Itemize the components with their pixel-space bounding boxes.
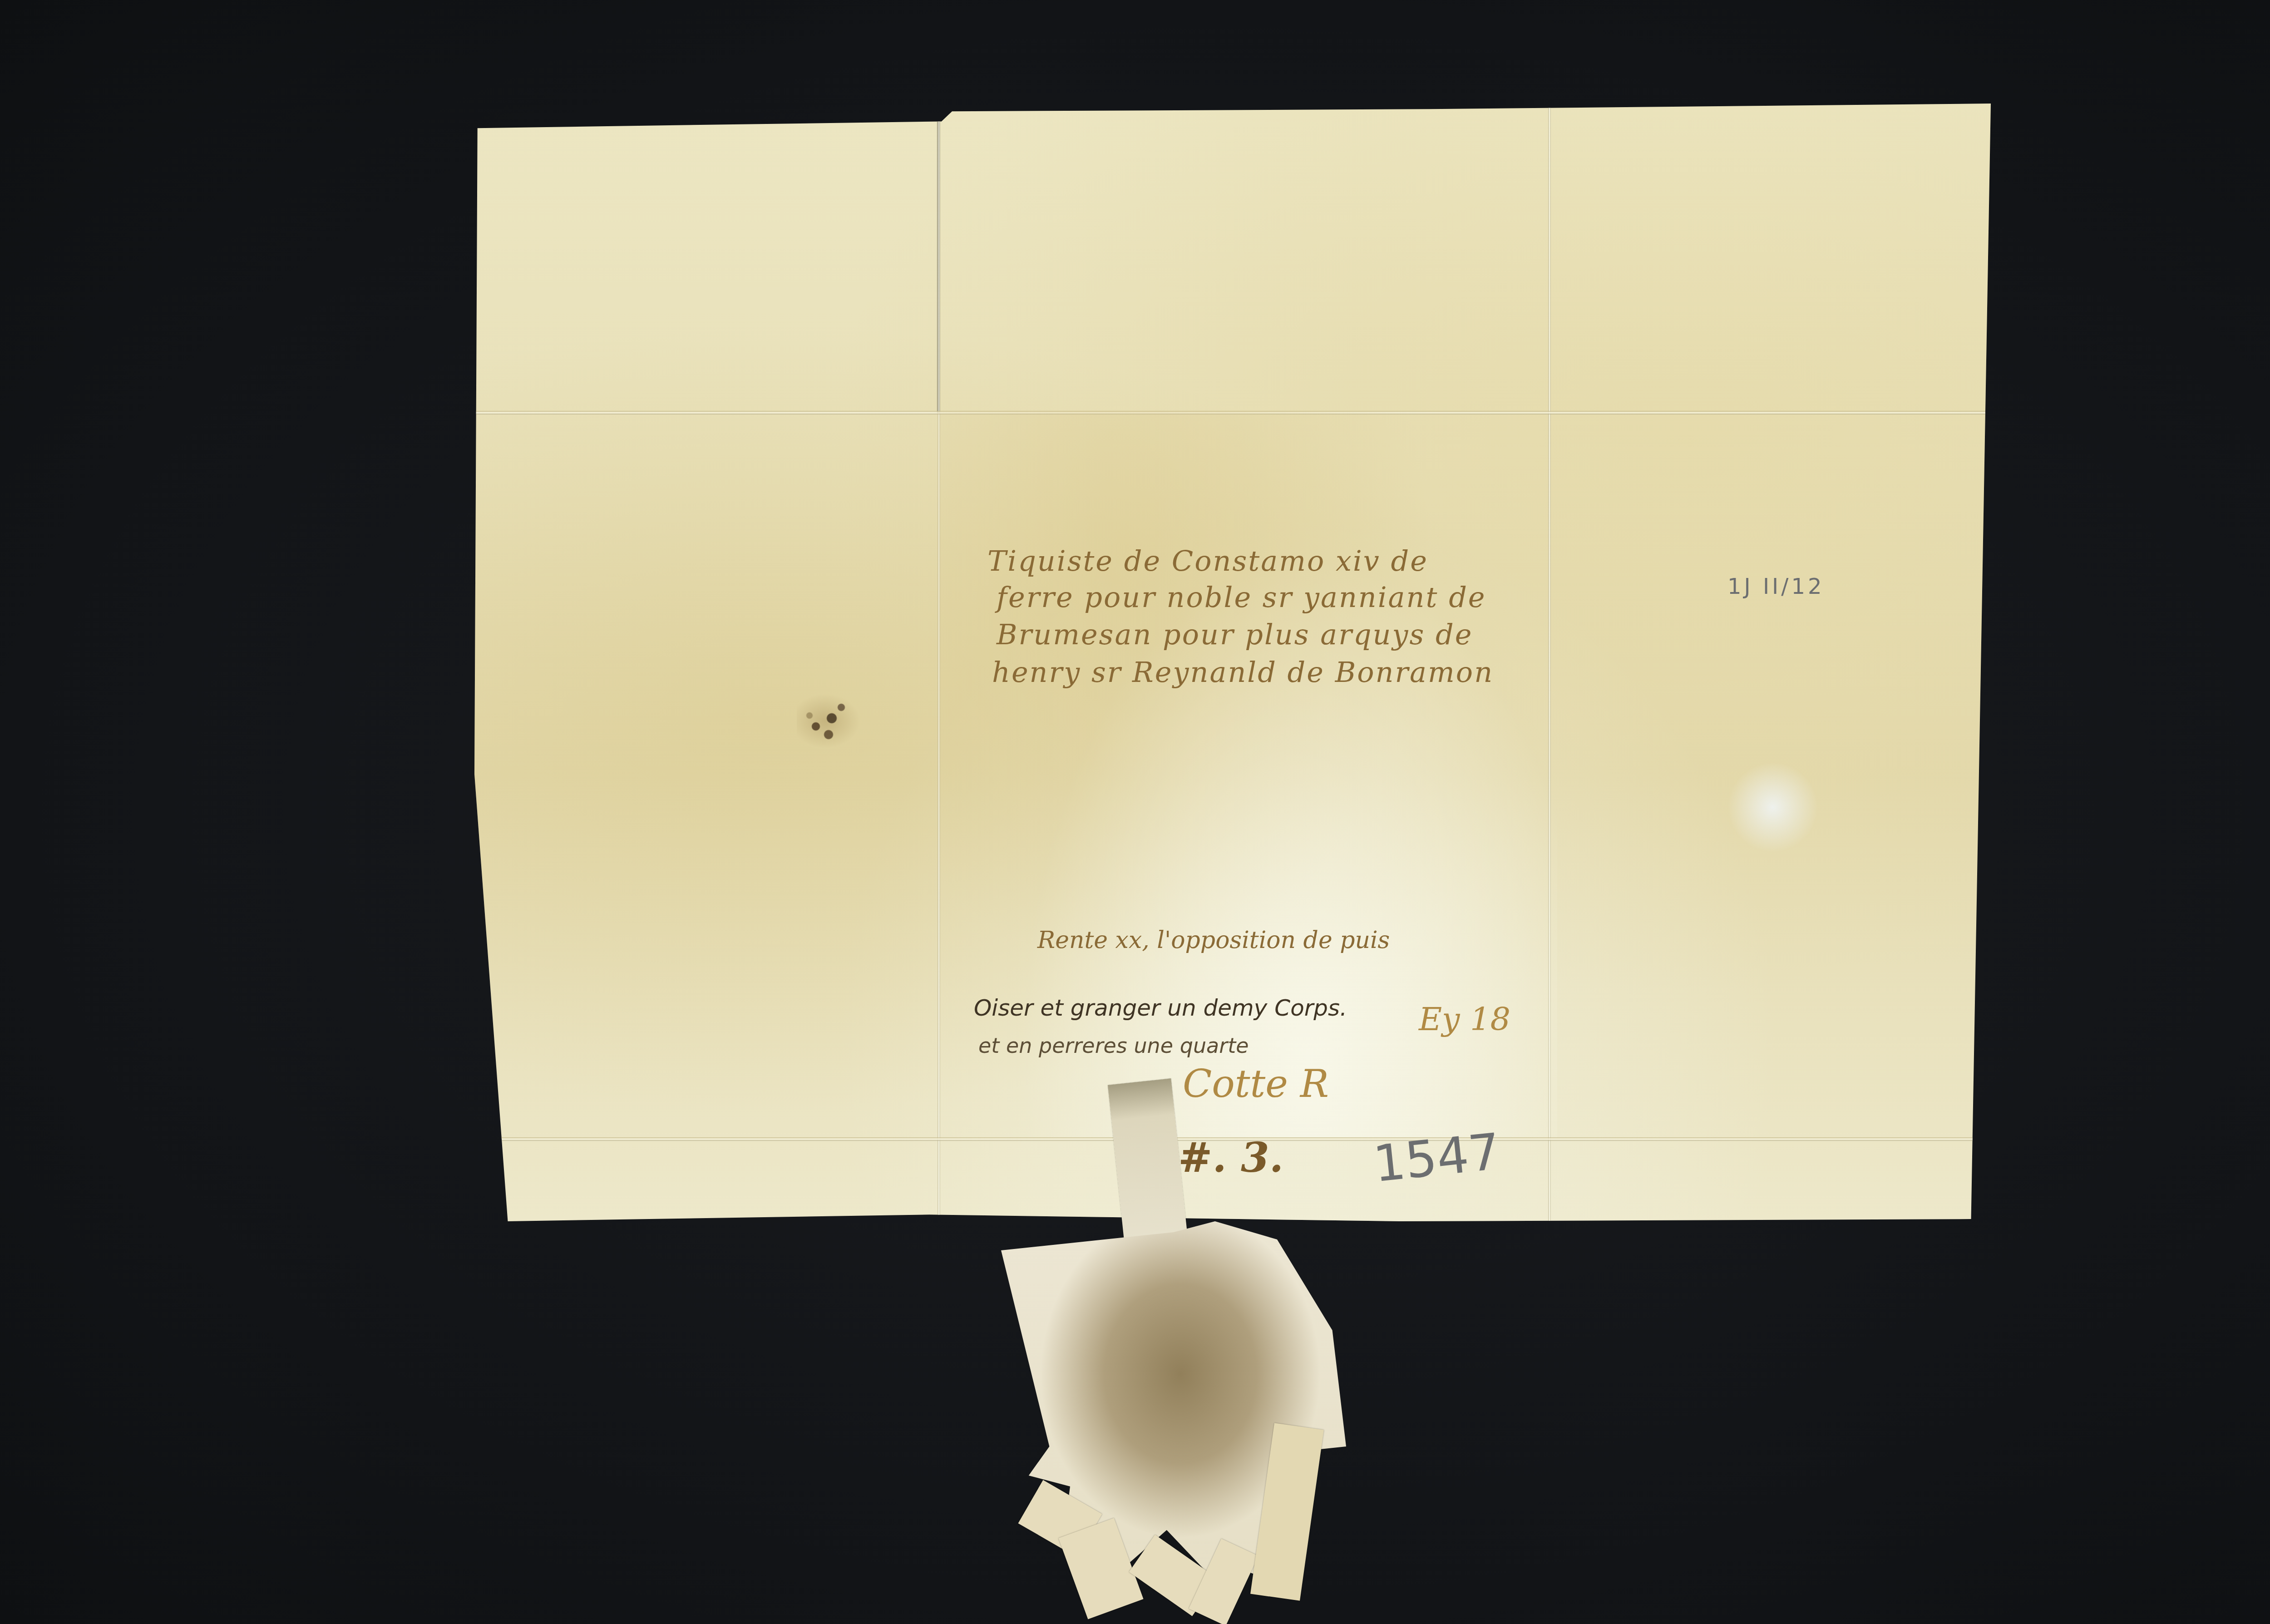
annotation-note-3: et en perreres une quarte [978,1035,1248,1056]
light-spot [1727,762,1818,853]
endorsement-title-line-4: henry sr Reynanld de Bonramon [992,658,1494,686]
endorsement-title-line-2: ferre pour noble sr yanniant de [997,583,1486,612]
ink-stain [797,694,860,748]
annotation-note-1: Rente xx, l'opposition de puis [1037,928,1390,952]
parchment-sheet: Tiquiste de Constamo xiv de ferre pour n… [474,104,1991,1221]
registry-mark: #. 3. [1178,1137,1283,1178]
endorsement-title-line-3: Brumesan pour plus arquys de [997,621,1473,649]
pencil-year: 1547 [1371,1126,1503,1190]
archive-shelfmark: 1J II/12 [1727,576,1825,597]
endorsement-title-line-1: Tiquiste de Constamo xiv de [987,547,1428,575]
annotation-side-note: Ey 18 [1419,1003,1510,1035]
annotation-note-2: Oiser et granger un demy Corps. [974,997,1347,1019]
endorsement-panel: Tiquiste de Constamo xiv de ferre pour n… [938,411,1557,1137]
cote-mark: Cotte R [1183,1065,1329,1103]
